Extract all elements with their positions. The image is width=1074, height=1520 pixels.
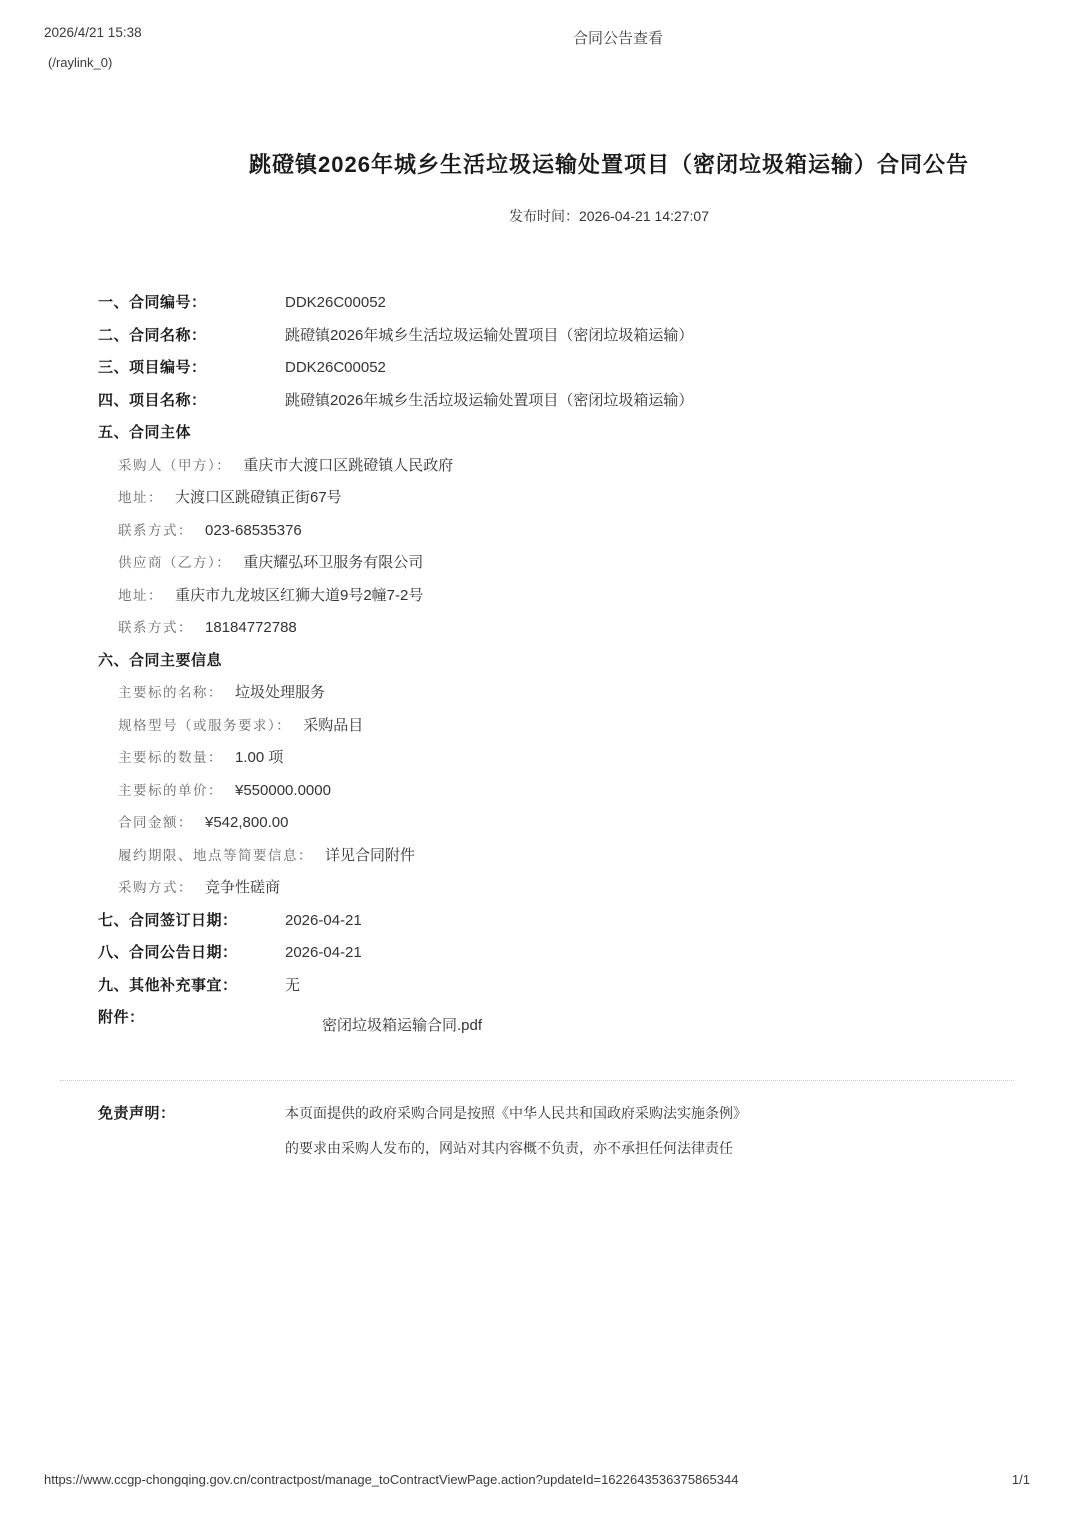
field-value: 竞争性磋商 xyxy=(205,877,280,898)
row-contract-amount: 合同金额： ¥542,800.00 xyxy=(98,812,1014,833)
row-subject-quantity: 主要标的数量： 1.00 项 xyxy=(98,747,1014,768)
field-label: 履约期限、地点等简要信息： xyxy=(118,845,313,866)
row-supplier: 供应商（乙方）： 重庆耀弘环卫服务有限公司 xyxy=(98,552,1014,573)
section-label: 五、合同主体 xyxy=(98,422,285,443)
field-value: ¥550000.0000 xyxy=(235,780,331,801)
field-value: 跳磴镇2026年城乡生活垃圾运输处置项目（密闭垃圾箱运输） xyxy=(285,390,693,411)
field-value: 垃圾处理服务 xyxy=(235,682,325,703)
field-label: 采购方式： xyxy=(118,877,193,898)
field-value: 2026-04-21 xyxy=(285,942,362,963)
field-value: 跳磴镇2026年城乡生活垃圾运输处置项目（密闭垃圾箱运输） xyxy=(285,325,693,346)
field-value: 详见合同附件 xyxy=(325,845,415,866)
print-page-title: 合同公告查看 xyxy=(573,27,663,48)
field-value: 18184772788 xyxy=(205,617,297,638)
print-datetime: 2026/4/21 15:38 xyxy=(44,25,142,40)
field-rows: 一、合同编号： DDK26C00052 二、合同名称： 跳磴镇2026年城乡生活… xyxy=(98,292,1014,1028)
document-content: 跳磴镇2026年城乡生活垃圾运输处置项目（密闭垃圾箱运输）合同公告 发布时间：2… xyxy=(98,150,1014,1166)
field-label: 规格型号（或服务要求）： xyxy=(118,715,291,736)
field-value: 大渡口区跳磴镇正街67号 xyxy=(175,487,342,508)
disclaimer-block: 免责声明： 本页面提供的政府采购合同是按照《中华人民共和国政府采购法实施条例》 … xyxy=(98,1096,1014,1166)
disclaimer-text: 本页面提供的政府采购合同是按照《中华人民共和国政府采购法实施条例》 的要求由采购… xyxy=(285,1096,747,1166)
row-supplier-contact: 联系方式： 18184772788 xyxy=(98,617,1014,638)
row-performance-info: 履约期限、地点等简要信息： 详见合同附件 xyxy=(98,845,1014,866)
row-contract-number: 一、合同编号： DDK26C00052 xyxy=(98,292,1014,313)
row-supplier-address: 地址： 重庆市九龙坡区红狮大道9号2幢7-2号 xyxy=(98,585,1014,606)
row-subject-unit-price: 主要标的单价： ¥550000.0000 xyxy=(98,780,1014,801)
field-label: 二、合同名称： xyxy=(98,325,285,346)
row-project-number: 三、项目编号： DDK26C00052 xyxy=(98,357,1014,378)
publish-time: 发布时间：2026-04-21 14:27:07 xyxy=(98,206,1014,226)
print-preview-page: 2026/4/21 15:38 合同公告查看 (/raylink_0) 跳磴镇2… xyxy=(0,0,1074,1520)
field-label: 主要标的单价： xyxy=(118,780,223,801)
field-value: 重庆市大渡口区跳磴镇人民政府 xyxy=(243,455,453,476)
field-label: 联系方式： xyxy=(118,520,193,541)
attachment-label: 附件： xyxy=(98,1007,285,1028)
field-label: 一、合同编号： xyxy=(98,292,285,313)
attachment-pdf-link[interactable]: 密闭垃圾箱运输合同.pdf xyxy=(322,1015,482,1036)
section-heading-main-info: 六、合同主要信息 xyxy=(98,650,1014,671)
row-procurement-method: 采购方式： 竞争性磋商 xyxy=(98,877,1014,898)
field-label: 八、合同公告日期： xyxy=(98,942,285,963)
field-label: 采购人（甲方）： xyxy=(118,455,231,476)
row-other-matters: 九、其他补充事宜： 无 xyxy=(98,975,1014,996)
field-value: ¥542,800.00 xyxy=(205,812,288,833)
row-contract-name: 二、合同名称： 跳磴镇2026年城乡生活垃圾运输处置项目（密闭垃圾箱运输） xyxy=(98,325,1014,346)
field-label: 地址： xyxy=(118,585,163,606)
field-label: 合同金额： xyxy=(118,812,193,833)
field-value: 重庆市九龙坡区红狮大道9号2幢7-2号 xyxy=(175,585,423,606)
row-project-name: 四、项目名称： 跳磴镇2026年城乡生活垃圾运输处置项目（密闭垃圾箱运输） xyxy=(98,390,1014,411)
field-value: DDK26C00052 xyxy=(285,292,386,313)
row-sign-date: 七、合同签订日期： 2026-04-21 xyxy=(98,910,1014,931)
field-label: 主要标的数量： xyxy=(118,747,223,768)
row-spec-model: 规格型号（或服务要求）： 采购品目 xyxy=(98,715,1014,736)
field-label: 供应商（乙方）： xyxy=(118,552,231,573)
row-attachment: 附件： 密闭垃圾箱运输合同.pdf xyxy=(98,1007,1014,1028)
row-purchaser-address: 地址： 大渡口区跳磴镇正街67号 xyxy=(98,487,1014,508)
section-label: 六、合同主要信息 xyxy=(98,650,285,671)
raylink-link[interactable]: (/raylink_0) xyxy=(48,55,112,70)
field-label: 三、项目编号： xyxy=(98,357,285,378)
print-footer-page-indicator: 1/1 xyxy=(1012,1472,1030,1487)
row-subject-name: 主要标的名称： 垃圾处理服务 xyxy=(98,682,1014,703)
field-value: DDK26C00052 xyxy=(285,357,386,378)
field-value: 重庆耀弘环卫服务有限公司 xyxy=(243,552,423,573)
field-label: 地址： xyxy=(118,487,163,508)
field-value: 023-68535376 xyxy=(205,520,302,541)
field-value: 1.00 项 xyxy=(235,747,283,768)
field-value: 无 xyxy=(285,975,300,996)
disclaimer-line-1: 本页面提供的政府采购合同是按照《中华人民共和国政府采购法实施条例》 xyxy=(285,1096,747,1131)
field-label: 九、其他补充事宜： xyxy=(98,975,285,996)
dotted-divider xyxy=(60,1080,1014,1081)
field-value: 采购品目 xyxy=(303,715,363,736)
announcement-title: 跳磴镇2026年城乡生活垃圾运输处置项目（密闭垃圾箱运输）合同公告 xyxy=(98,150,1014,180)
row-announce-date: 八、合同公告日期： 2026-04-21 xyxy=(98,942,1014,963)
row-purchaser: 采购人（甲方）： 重庆市大渡口区跳磴镇人民政府 xyxy=(98,455,1014,476)
field-value: 2026-04-21 xyxy=(285,910,362,931)
field-label: 联系方式： xyxy=(118,617,193,638)
disclaimer-label: 免责声明： xyxy=(98,1096,285,1166)
field-label: 四、项目名称： xyxy=(98,390,285,411)
field-label: 七、合同签订日期： xyxy=(98,910,285,931)
field-label: 主要标的名称： xyxy=(118,682,223,703)
print-footer-url: https://www.ccgp-chongqing.gov.cn/contra… xyxy=(44,1472,738,1487)
disclaimer-line-2: 的要求由采购人发布的，网站对其内容概不负责，亦不承担任何法律责任 xyxy=(285,1131,747,1166)
row-purchaser-contact: 联系方式： 023-68535376 xyxy=(98,520,1014,541)
section-heading-parties: 五、合同主体 xyxy=(98,422,1014,443)
